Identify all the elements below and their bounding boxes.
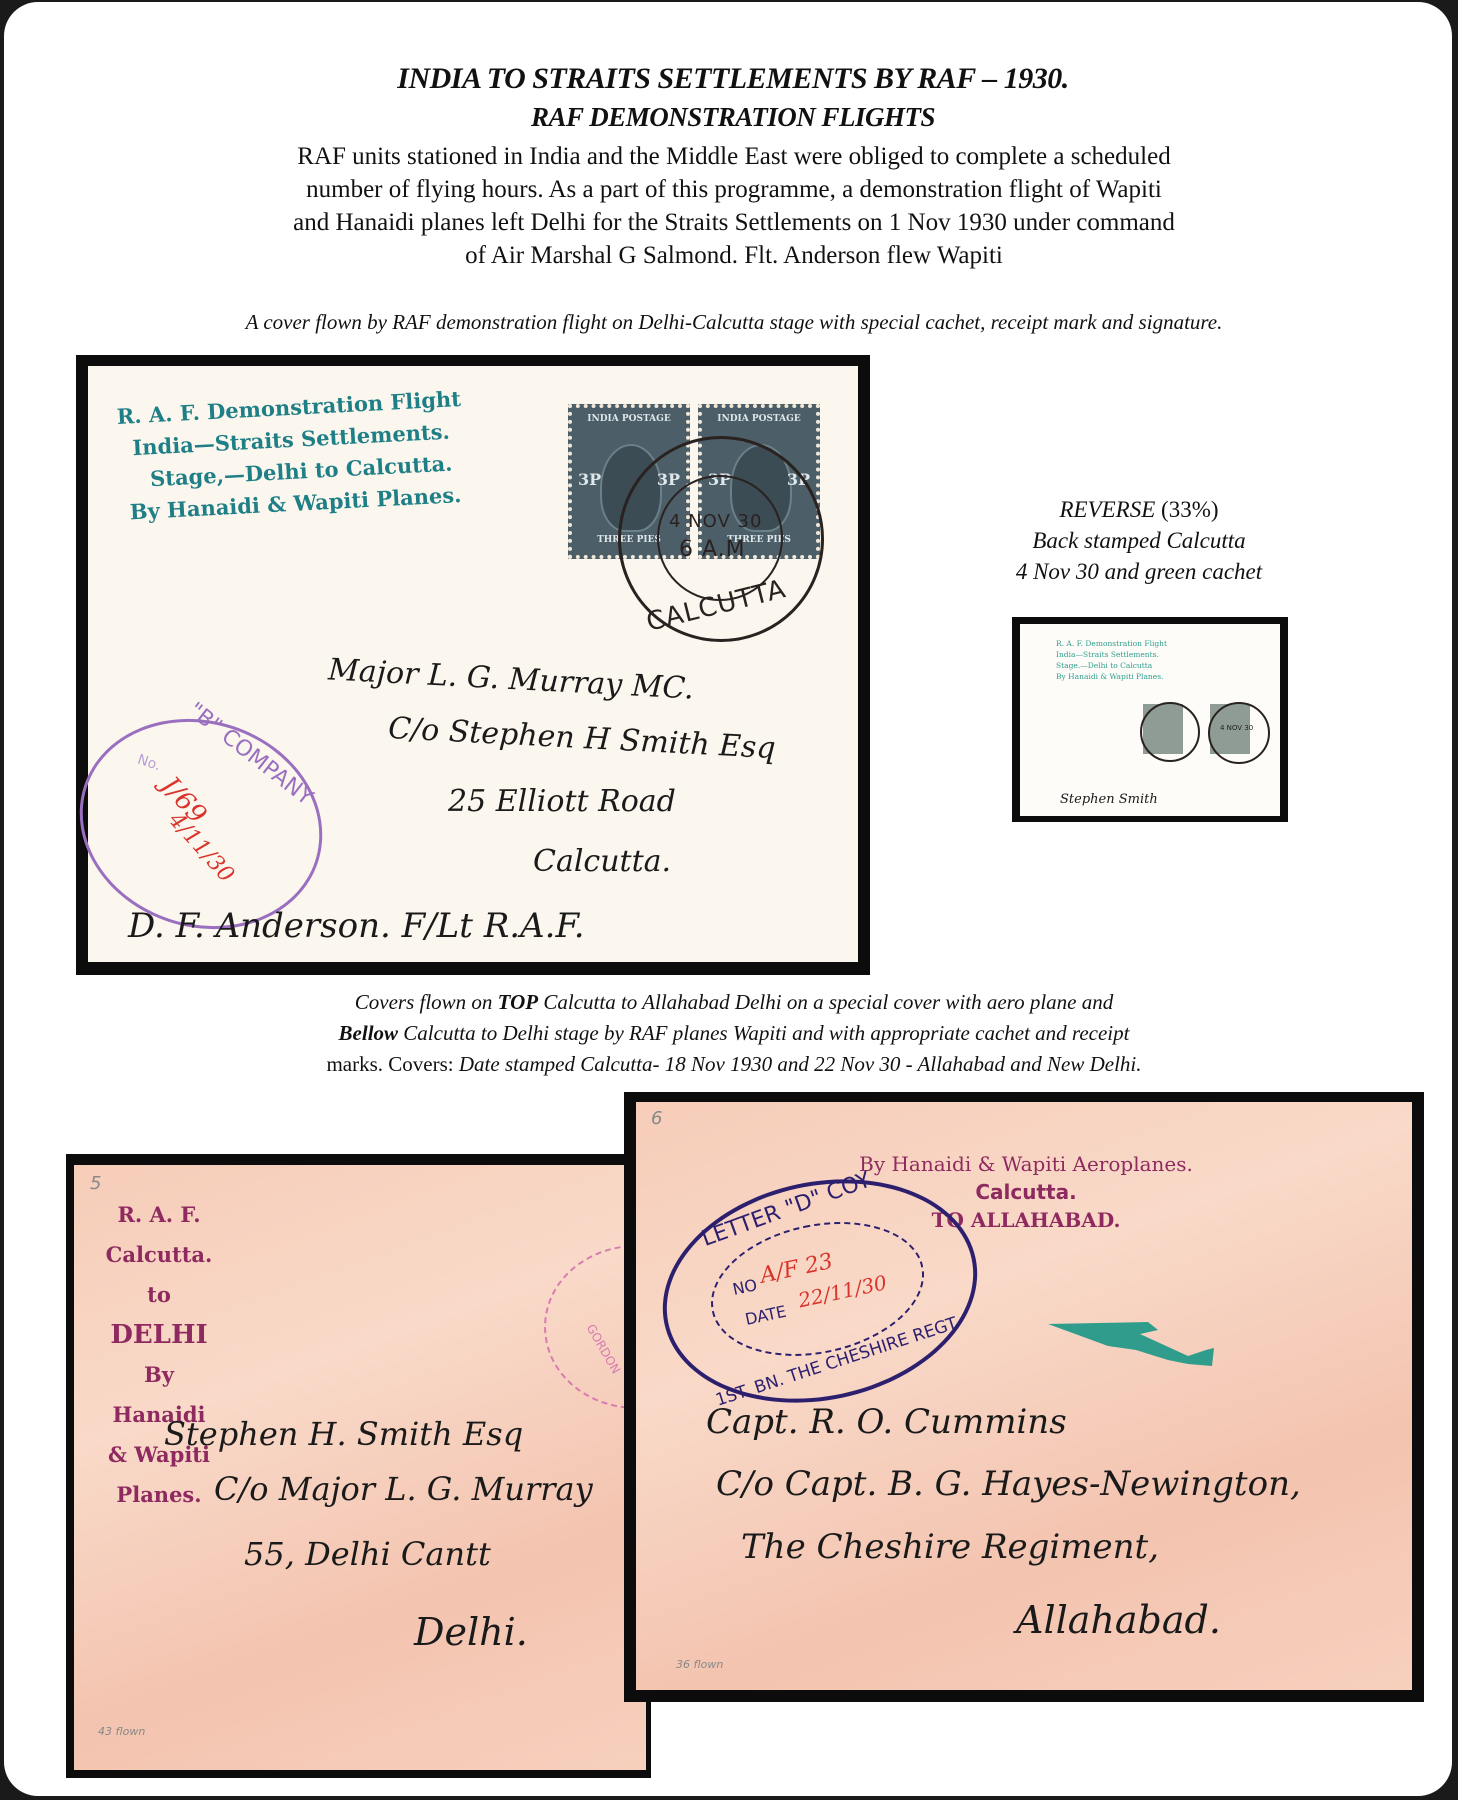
address-line: Allahabad. [1016, 1598, 1221, 1642]
cachet-line: By Hanaidi & Wapiti Aeroplanes. [846, 1150, 1206, 1178]
postmark-date: 4 NOV 30 [1220, 724, 1253, 732]
address-line: Major L. G. Murray MC. [327, 652, 694, 706]
reverse-caption-line: 4 Nov 30 and green cachet [974, 556, 1304, 587]
oval-text: "B" COMPANY [183, 698, 317, 811]
postmark-date: 4 NOV 30 [669, 511, 762, 532]
reverse-green-cachet: R. A. F. Demonstration Flight India—Stra… [1056, 638, 1167, 682]
cachet-line: By Hanaidi & Wapiti Planes. [1056, 671, 1167, 682]
cover-reverse: R. A. F. Demonstration Flight India—Stra… [1020, 624, 1280, 816]
caption-text: marks. Covers: [326, 1052, 458, 1076]
address-line: The Cheshire Regiment, [741, 1527, 1159, 1567]
cachet-line: to [94, 1275, 224, 1315]
cachet-line: Stage.—Delhi to Calcutta [1056, 660, 1167, 671]
address-line: C/o Major L. G. Murray [214, 1470, 593, 1508]
intro-line: number of flying hours. As a part of thi… [154, 173, 1314, 206]
reverse-postmark [1140, 702, 1200, 762]
address-line: 55, Delhi Cantt [244, 1535, 491, 1573]
address-line: Stephen H. Smith Esq [164, 1415, 523, 1453]
intro-paragraph: RAF units stationed in India and the Mid… [154, 140, 1314, 272]
caption-text: Calcutta to Allahabad Delhi on a special… [538, 990, 1113, 1014]
cachet-line: Calcutta. [94, 1235, 224, 1275]
caption-bold: TOP [498, 990, 538, 1014]
reverse-caption: REVERSE (33%) Back stamped Calcutta 4 No… [974, 494, 1304, 587]
intro-line: of Air Marshal G Salmond. Flt. Anderson … [154, 239, 1314, 272]
caption-bold: Bellow [339, 1021, 399, 1045]
green-cachet: R. A. F. Demonstration Flight India—Stra… [116, 383, 467, 529]
pencil-number: 6 [651, 1108, 662, 1129]
cachet-line: Planes. [94, 1475, 224, 1515]
stamp-label: INDIA POSTAGE [702, 414, 816, 424]
cachet-line: R. A. F. Demonstration Flight [1056, 638, 1167, 649]
caption-text: Calcutta to Delhi stage by RAF planes Wa… [398, 1021, 1129, 1045]
reverse-caption-line: Back stamped Calcutta [974, 525, 1304, 556]
cover-delhi-calcutta: R. A. F. Demonstration Flight India—Stra… [88, 366, 858, 962]
address-line: C/o Capt. B. G. Hayes-Newington, [716, 1464, 1301, 1504]
magenta-cachet: R. A. F. Calcutta. to DELHI By Hanaidi &… [94, 1195, 224, 1515]
reverse-label: REVERSE [1059, 497, 1155, 522]
pencil-note: 36 flown [676, 1658, 723, 1671]
oval-text: GORDON [584, 1322, 623, 1376]
reverse-signature: Stephen Smith [1060, 792, 1158, 807]
cover-calcutta-delhi: 5 R. A. F. Calcutta. to DELHI By Hanaidi… [74, 1165, 646, 1770]
reverse-scale: (33%) [1161, 497, 1218, 522]
caption-bottom-covers: Covers flown on TOP Calcutta to Allahaba… [154, 987, 1314, 1080]
caption-text: Covers flown on [355, 990, 498, 1014]
intro-line: RAF units stationed in India and the Mid… [154, 140, 1314, 173]
address-line: Calcutta. [533, 844, 671, 879]
pencil-number: 5 [90, 1173, 101, 1194]
calcutta-postmark: 6 A.M 4 NOV 30 CALCUTTA [618, 436, 824, 642]
address-line: C/o Stephen H Smith Esq [387, 711, 776, 766]
album-page: INDIA TO STRAITS SETTLEMENTS BY RAF – 19… [4, 2, 1452, 1796]
pencil-note: 43 flown [98, 1725, 145, 1738]
page-title: INDIA TO STRAITS SETTLEMENTS BY RAF – 19… [4, 62, 1452, 96]
caption-text: Date stamped Calcutta- 18 Nov 1930 and 2… [459, 1052, 1142, 1076]
address-line: 25 Elliott Road [448, 784, 676, 819]
cachet-line: DELHI [94, 1315, 224, 1355]
pilot-signature: D. F. Anderson. F/Lt R.A.F. [128, 906, 585, 946]
address-line: Capt. R. O. Cummins [706, 1402, 1067, 1442]
stamp-value: 3P [578, 470, 601, 489]
intro-line: and Hanaidi planes left Delhi for the St… [154, 206, 1314, 239]
cachet-line: R. A. F. [94, 1195, 224, 1235]
page-subtitle: RAF DEMONSTRATION FLIGHTS [4, 102, 1452, 133]
aeroplane-icon [1048, 1320, 1228, 1380]
stamp-label: INDIA POSTAGE [572, 414, 686, 424]
address-line: Delhi. [414, 1610, 528, 1654]
cover-calcutta-allahabad: 6 By Hanaidi & Wapiti Aeroplanes. Calcut… [636, 1102, 1412, 1690]
reverse-postmark: 4 NOV 30 [1208, 702, 1270, 764]
oval-no-label: No. [135, 752, 162, 774]
postmark-time: 6 A.M [679, 537, 746, 562]
cachet-line: India—Straits Settlements. [1056, 649, 1167, 660]
caption-top-cover: A cover flown by RAF demonstration fligh… [84, 310, 1384, 335]
